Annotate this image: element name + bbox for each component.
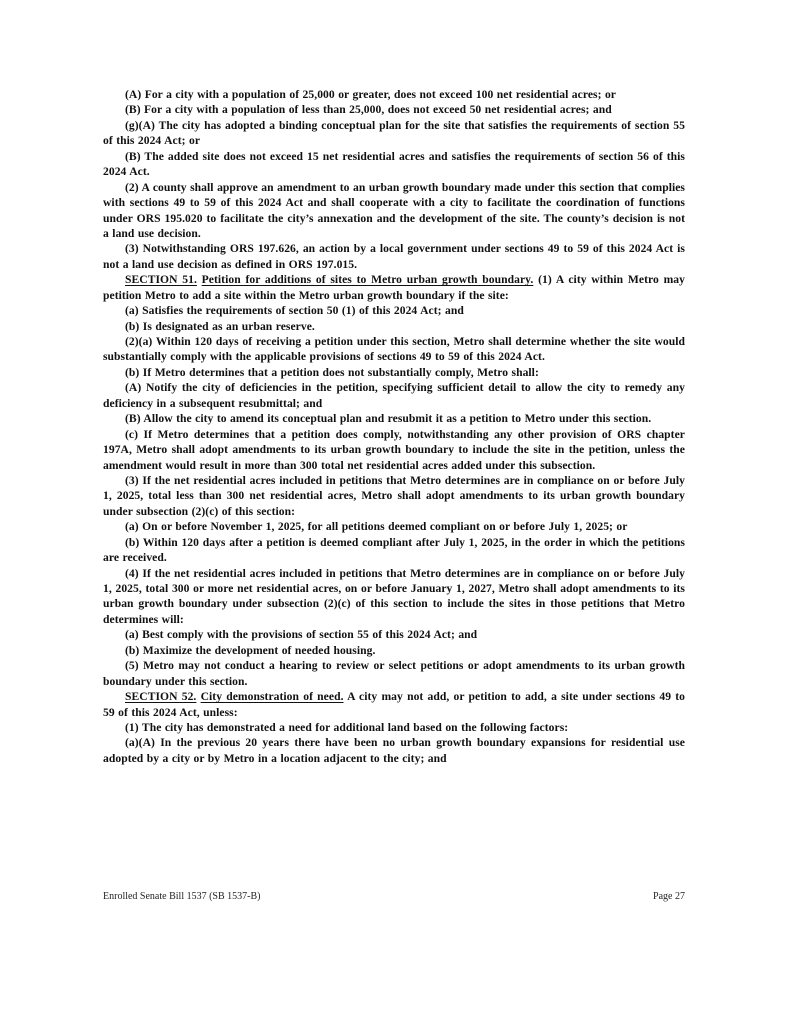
- section-51-title: Petition for additions of sites to Metro…: [202, 273, 534, 286]
- paragraph-51-2-a: (2)(a) Within 120 days of receiving a pe…: [103, 334, 685, 365]
- section-52-heading-paragraph: SECTION 52. City demonstration of need. …: [103, 689, 685, 720]
- paragraph-52-1-a-A: (a)(A) In the previous 20 years there ha…: [103, 735, 685, 766]
- paragraph-51-4: (4) If the net residential acres include…: [103, 566, 685, 628]
- paragraph-51-2-b-B: (B) Allow the city to amend its conceptu…: [103, 411, 685, 426]
- paragraph-51-2-b: (b) If Metro determines that a petition …: [103, 365, 685, 380]
- paragraph-50-1-f-A: (A) For a city with a population of 25,0…: [103, 87, 685, 102]
- document-page: (A) For a city with a population of 25,0…: [103, 87, 685, 766]
- paragraph-50-1-g-B: (B) The added site does not exceed 15 ne…: [103, 149, 685, 180]
- section-52-title: City demonstration of need.: [201, 690, 344, 703]
- paragraph-51-1-a: (a) Satisfies the requirements of sectio…: [103, 303, 685, 318]
- section-52-number: SECTION 52.: [125, 690, 196, 703]
- paragraph-50-2: (2) A county shall approve an amendment …: [103, 180, 685, 242]
- footer-page-number: Page 27: [653, 891, 685, 902]
- paragraph-51-2-c: (c) If Metro determines that a petition …: [103, 427, 685, 473]
- footer-bill-name: Enrolled Senate Bill 1537 (SB 1537-B): [103, 891, 261, 902]
- paragraph-52-1: (1) The city has demonstrated a need for…: [103, 720, 685, 735]
- section-51-number: SECTION 51.: [125, 273, 197, 286]
- paragraph-51-4-b: (b) Maximize the development of needed h…: [103, 643, 685, 658]
- paragraph-51-3-a: (a) On or before November 1, 2025, for a…: [103, 519, 685, 534]
- paragraph-50-1-f-B: (B) For a city with a population of less…: [103, 102, 685, 117]
- paragraph-51-3-b: (b) Within 120 days after a petition is …: [103, 535, 685, 566]
- paragraph-51-1-b: (b) Is designated as an urban reserve.: [103, 319, 685, 334]
- paragraph-51-5: (5) Metro may not conduct a hearing to r…: [103, 658, 685, 689]
- document-body: (A) For a city with a population of 25,0…: [103, 87, 685, 766]
- page-footer: Enrolled Senate Bill 1537 (SB 1537-B) Pa…: [103, 891, 685, 902]
- section-51-heading-paragraph: SECTION 51. Petition for additions of si…: [103, 272, 685, 303]
- paragraph-51-4-a: (a) Best comply with the provisions of s…: [103, 627, 685, 642]
- paragraph-51-2-b-A: (A) Notify the city of deficiencies in t…: [103, 380, 685, 411]
- paragraph-50-1-g-A: (g)(A) The city has adopted a binding co…: [103, 118, 685, 149]
- paragraph-51-3: (3) If the net residential acres include…: [103, 473, 685, 519]
- paragraph-50-3: (3) Notwithstanding ORS 197.626, an acti…: [103, 241, 685, 272]
